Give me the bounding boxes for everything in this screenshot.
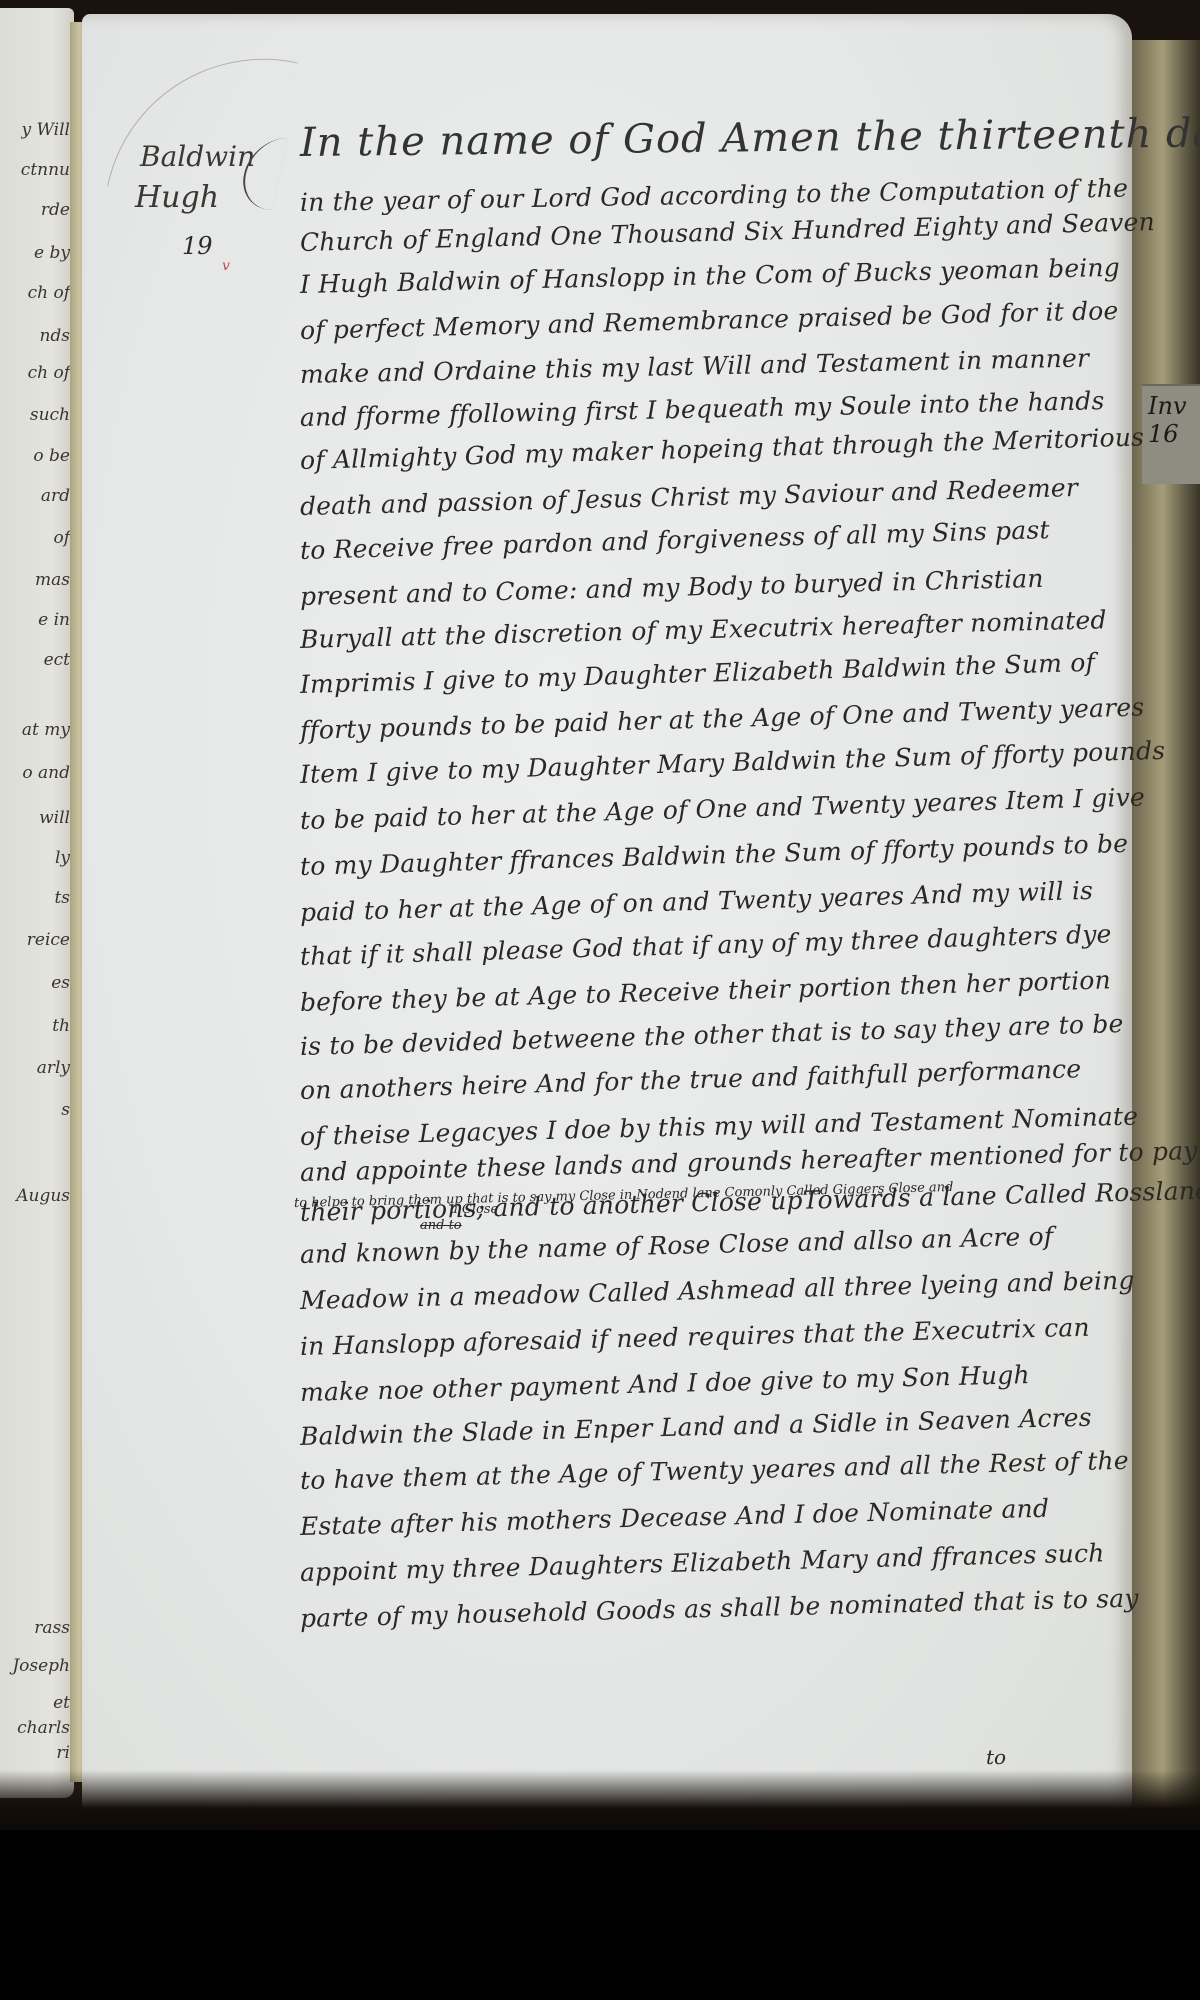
left-line: Augus — [16, 1186, 70, 1206]
spine-label-line2: 16 — [1148, 420, 1200, 448]
left-line: rass — [34, 1618, 70, 1638]
left-line: Joseph — [12, 1656, 70, 1676]
left-line: at my — [22, 720, 70, 740]
left-line: th — [52, 1016, 70, 1036]
left-line: arly — [37, 1058, 70, 1078]
left-line: es — [51, 973, 70, 993]
red-tick-mark: v — [222, 258, 230, 274]
book-spine — [1132, 40, 1200, 1820]
left-line: charls — [17, 1718, 70, 1738]
left-line: nds — [39, 326, 70, 346]
bottom-edge-shadow — [0, 1770, 1200, 1830]
catchword: to — [986, 1745, 1006, 1769]
left-line: o be — [33, 446, 70, 466]
scanned-book-spread: y Will ctnnu rde e by ch of nds ch of su… — [0, 0, 1200, 1830]
left-line: ctnnu — [21, 160, 70, 180]
spine-label: Inv 16 — [1142, 384, 1200, 484]
left-line: rde — [41, 200, 70, 220]
left-line: such — [30, 405, 70, 425]
left-line: ard — [41, 486, 70, 506]
spine-label-line1: Inv — [1148, 392, 1200, 420]
left-line: ch of — [28, 363, 70, 383]
interlinear-struck-text: and to — [420, 1218, 462, 1233]
margin-forename: Hugh — [135, 180, 219, 215]
interlinear-caret-insertion: a Close — [450, 1202, 498, 1217]
left-line: y Will — [22, 120, 71, 140]
left-line: e by — [34, 243, 70, 263]
left-line: s — [61, 1100, 70, 1120]
left-page-fragment: y Will ctnnu rde e by ch of nds ch of su… — [0, 8, 74, 1798]
left-line: e in — [38, 610, 70, 630]
left-line: ch of — [28, 283, 70, 303]
left-line: ri — [56, 1743, 70, 1763]
left-line: ly — [55, 848, 70, 868]
left-line: o and — [22, 763, 70, 783]
left-line: ect — [44, 650, 70, 670]
left-line: reice — [27, 930, 70, 950]
left-line: will — [39, 808, 70, 828]
margin-entry-number: 19 — [182, 232, 213, 260]
left-line: of — [53, 528, 70, 548]
left-line: mas — [35, 570, 70, 590]
left-line: et — [53, 1693, 70, 1713]
margin-surname: Baldwin — [140, 140, 255, 173]
left-line: ts — [54, 888, 70, 908]
